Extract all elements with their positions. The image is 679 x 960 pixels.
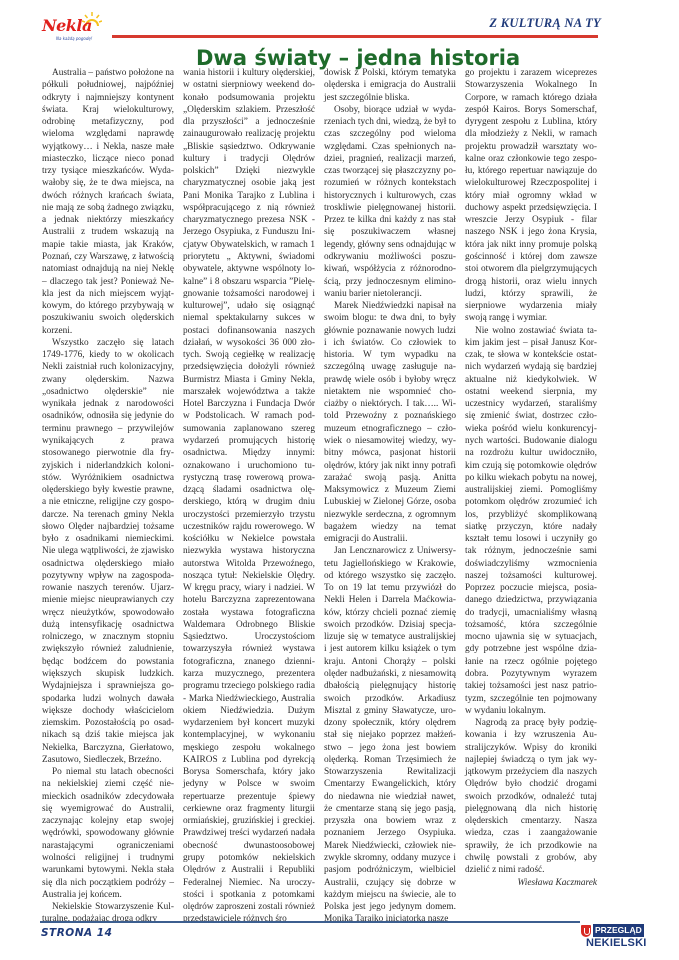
column-2: wania historii i kultury olęderskiej, w … [183, 67, 315, 905]
page-number: STRONA 14 [41, 927, 112, 939]
brand-top-text: PRZEGLĄD [593, 924, 644, 937]
column-4: go projektu i zarazem wiceprezes Stowarz… [465, 67, 597, 905]
column-3: dowisk z Polski, którym tematyka olęders… [324, 67, 456, 905]
nekla-logo: Nekla Na każdą pogodę! [38, 12, 110, 42]
paragraph: Australia – państwo położone na półkuli … [42, 67, 174, 337]
paragraph: Po niemal stu latach obecno­ści na nekie… [42, 766, 174, 901]
logo-wordmark: Nekla [42, 16, 92, 35]
brand-bottom-text: NEKIELSKI [586, 937, 646, 949]
header-rule [112, 35, 598, 38]
paragraph: go projektu i zarazem wiceprezes Stowarz… [465, 67, 597, 325]
magazine-page: Nekla Na każdą pogodę! Z KULTURĄ NA TY D… [0, 0, 679, 960]
paragraph: Nagrodą za pracę były podzię­kowania i ł… [465, 717, 597, 876]
section-label: Z KULTURĄ NA TY [489, 16, 601, 31]
paragraph: wania historii i kultury olęderskiej, w … [183, 67, 315, 926]
article-body: Australia – państwo położone na półkuli … [42, 67, 598, 905]
paragraph: Osoby, biorące udział w wyda­rzeniach ty… [324, 104, 456, 300]
column-1: Australia – państwo położone na półkuli … [42, 67, 174, 905]
przeglad-nekielski-logo: PRZEGLĄD NEKIELSKI [581, 924, 641, 950]
paragraph: Marek Niedźwiedzki napisał na swoim blog… [324, 300, 456, 545]
logo-tagline: Na każdą pogodę! [56, 36, 92, 41]
paragraph: Jan Lencznarowicz z Uniwersy­tetu Jagiel… [324, 545, 456, 925]
author-signature: Wiesława Kaczmarek [465, 877, 597, 889]
footer-rule [40, 921, 580, 923]
paragraph: Nie wolno zostawiać świata ta­kim jakim … [465, 325, 597, 718]
crest-icon [581, 925, 591, 937]
paragraph: Wszystko zaczęło się latach 1749-1776, k… [42, 337, 174, 766]
paragraph: dowisk z Polski, którym tematyka olęders… [324, 67, 456, 104]
